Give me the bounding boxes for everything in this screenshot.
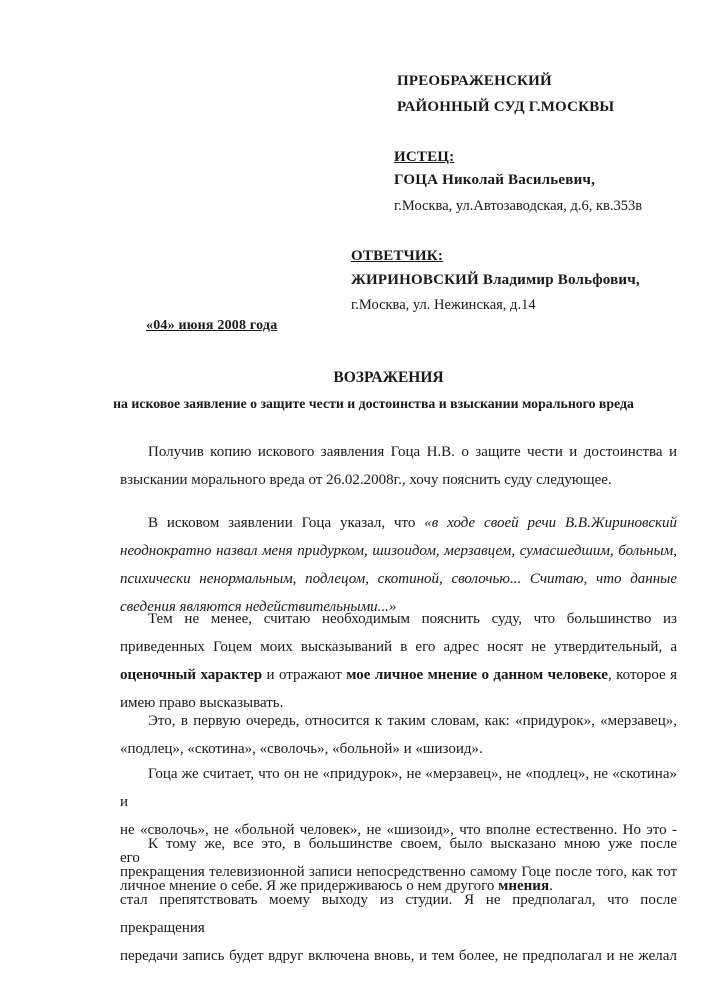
paragraph-3: Тем не менее, считаю необходимым пояснит… xyxy=(120,605,677,717)
paragraph-6-line-1: К тому же, все это, в большинстве своем,… xyxy=(120,830,677,858)
paragraph-6-line-3: стал препятствовать моему выходу из студ… xyxy=(120,886,677,942)
paragraph-5-line-1: Гоца же считает, что он не «придурок», н… xyxy=(120,760,677,816)
emphasis-evaluative-character: оценочный характер xyxy=(120,667,262,683)
document-title: ВОЗРАЖЕНИЯ xyxy=(0,369,707,387)
defendant-label: ОТВЕТЧИК: xyxy=(351,248,443,265)
defendant-name: ЖИРИНОВСКИЙ Владимир Вольфович, xyxy=(351,272,640,289)
document-subtitle: на исковое заявление о защите чести и до… xyxy=(0,396,707,412)
paragraph-2-line-2: неоднократно назвал меня придурком, шизо… xyxy=(120,537,677,565)
paragraph-4-line-1: Это, в первую очередь, относится к таким… xyxy=(120,707,677,735)
paragraph-1-line-1: Получив копию искового заявления Гоца Н.… xyxy=(120,438,677,466)
paragraph-4-line-2: «подлец», «скотина», «сволочь», «больной… xyxy=(120,735,677,763)
paragraph-2-quote-start: «в ходе своей речи В.В.Жириновский xyxy=(424,515,677,531)
document-date: «04» июня 2008 года xyxy=(146,318,277,334)
paragraph-6-line-2: прекращения телевизионной записи непосре… xyxy=(120,858,677,886)
paragraph-2-line-3: психически ненормальным, подлецом, скоти… xyxy=(120,565,677,593)
paragraph-1: Получив копию искового заявления Гоца Н.… xyxy=(120,438,677,494)
paragraph-3-mid: и отражают xyxy=(262,667,346,683)
paragraph-3-end: , которое я xyxy=(608,667,677,683)
paragraph-2-text: В исковом заявлении Гоца указал, что xyxy=(148,515,424,531)
court-name-line2: РАЙОННЫЙ СУД Г.МОСКВЫ xyxy=(397,99,614,116)
defendant-address: г.Москва, ул. Нежинская, д.14 xyxy=(351,297,536,314)
plaintiff-name: ГОЦА Николай Васильевич, xyxy=(394,172,595,189)
document-page: ПРЕОБРАЖЕНСКИЙ РАЙОННЫЙ СУД Г.МОСКВЫ ИСТ… xyxy=(0,0,707,1000)
court-name-line1: ПРЕОБРАЖЕНСКИЙ xyxy=(397,73,552,90)
plaintiff-label: ИСТЕЦ: xyxy=(394,149,454,166)
paragraph-4: Это, в первую очередь, относится к таким… xyxy=(120,707,677,763)
paragraph-6-line-4: передачи запись будет вдруг включена вно… xyxy=(120,942,677,970)
paragraph-3-line-2: приведенных Гоцем моих высказываний в ег… xyxy=(120,633,677,661)
paragraph-1-line-2: взыскании морального вреда от 26.02.2008… xyxy=(120,466,677,494)
plaintiff-address: г.Москва, ул.Автозаводская, д.6, кв.353в xyxy=(394,198,642,215)
paragraph-6: К тому же, все это, в большинстве своем,… xyxy=(120,830,677,970)
emphasis-personal-opinion: мое личное мнение о данном человеке xyxy=(346,667,608,683)
paragraph-2-line-1: В исковом заявлении Гоца указал, что «в … xyxy=(120,509,677,537)
paragraph-3-line-1: Тем не менее, считаю необходимым пояснит… xyxy=(120,605,677,633)
paragraph-3-line-3: оценочный характер и отражают мое личное… xyxy=(120,661,677,689)
